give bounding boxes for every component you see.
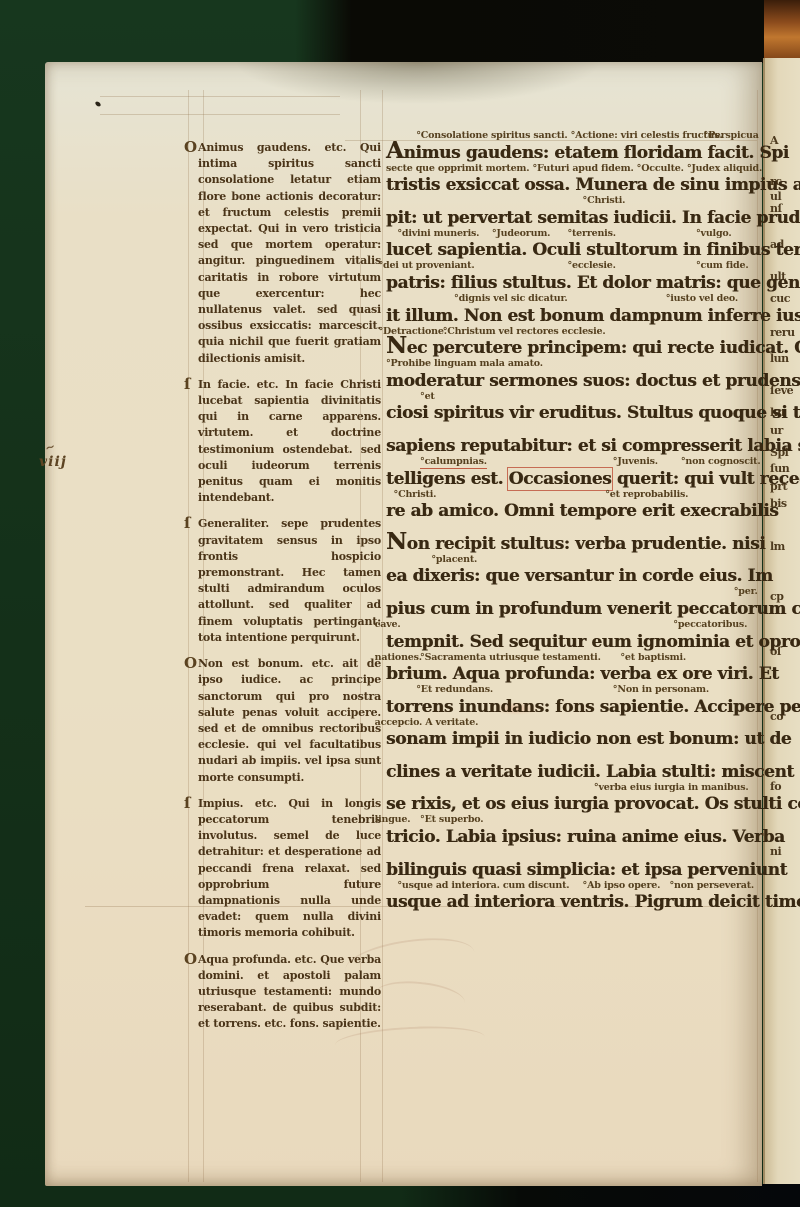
- interlinear-gloss: °placent.: [431, 554, 477, 565]
- main-text: Nec percutere principem: qui recte iudic…: [386, 337, 800, 358]
- main-text: re ab amico. Omni tempore erit execrabil…: [386, 501, 778, 521]
- interlinear-gloss: °Ab ipso opere.: [583, 880, 661, 891]
- text-segment: usque ad interiora ventris. Pigrum deici…: [386, 892, 800, 912]
- main-text: tristis exsiccat ossa. Munera de sinu im…: [386, 175, 800, 195]
- text-line: °etciosi spiritus vir eruditus. Stultus …: [386, 391, 764, 424]
- main-text: ea dixeris: que versantur in corde eius.…: [386, 566, 773, 586]
- text-segment: brium. Aqua profunda: verba ex ore viri.…: [386, 664, 779, 684]
- text-segment: lucet sapientia. Oculi stultorum in fini…: [386, 240, 800, 260]
- edge-text-fragment: cuc: [770, 292, 790, 305]
- interlinear-gloss: °Prohibe linguam mala amato.: [386, 358, 543, 369]
- text-segment: bilinguis quasi simplicia: et ipsa perve…: [386, 860, 787, 880]
- commentary-text: Non est bonum. etc. ait de ipso iudice. …: [198, 657, 381, 783]
- text-line: bilinguis quasi simplicia: et ipsa perve…: [386, 847, 764, 880]
- text-line: °Detractione.°Christum vel rectores eccl…: [386, 326, 764, 359]
- main-text: telligens est. Occasiones querit: qui vu…: [386, 469, 800, 489]
- text-segment: torrens inundans: fons sapientie. Accipe…: [386, 697, 800, 717]
- text-line: °Christi.pit: ut pervertat semitas iudic…: [386, 195, 764, 228]
- text-line: °calumpnias.°Juvenis.°non cognoscit.tell…: [386, 456, 764, 489]
- main-text: bilinguis quasi simplicia: et ipsa perve…: [386, 860, 787, 880]
- text-line: °placent.ea dixeris: que versantur in co…: [386, 554, 764, 587]
- commentary-text: In facie. etc. In facie Christi lucebat …: [198, 378, 381, 504]
- text-line: °verba eius iurgia in manibus.se rixis, …: [386, 782, 764, 815]
- text-line: nationes.°Sacramenta utriusque testament…: [386, 652, 764, 685]
- text-line: °dei ut proveniant.°ecclesie.°cum fide.p…: [386, 260, 764, 293]
- top-shadow: [295, 0, 765, 63]
- main-text: se rixis, et os eius iurgia provocat. Os…: [386, 794, 800, 814]
- main-text: pius cum in profundum venerit peccatorum…: [386, 599, 800, 619]
- text-line: °Prohibe linguam mala amato.moderatur se…: [386, 358, 764, 391]
- text-segment: patris: filius stultus. Et dolor matris:…: [386, 273, 800, 293]
- commentary-text: Animus gaudens. etc. Qui intima spiritus…: [198, 141, 381, 365]
- text-segment: tempnit. Sed sequitur eum ignominia et o…: [386, 632, 800, 652]
- text-line: sapiens reputabitur: et si compresserit …: [386, 423, 764, 456]
- interlinear-gloss: °Christum vel rectores ecclesie.: [443, 326, 606, 337]
- main-text: sapiens reputabitur: et si compresserit …: [386, 436, 800, 456]
- bottom-shadow: [400, 1184, 800, 1207]
- interlinear-gloss: °Christi.: [394, 489, 437, 500]
- text-line: cave.°peccatoribus.tempnit. Sed sequitur…: [386, 619, 764, 652]
- text-line: secte que opprimit mortem. °Futuri apud …: [386, 163, 764, 196]
- parchment-page: viij OAnimus gaudens. etc. Qui intima sp…: [45, 62, 762, 1186]
- interlinear-gloss: °dignis vel sic dicatur.: [454, 293, 567, 304]
- text-segment: clines a veritate iudicii. Labia stulti:…: [386, 762, 794, 782]
- commentary-text: Aqua profunda. etc. Que verba domini. et…: [198, 953, 381, 1031]
- paraph-mark: O: [184, 655, 197, 671]
- main-text: tempnit. Sed sequitur eum ignominia et o…: [386, 632, 800, 652]
- commentary-block: ſGeneraliter. sepe prudentes gravitatem …: [198, 516, 381, 646]
- interlinear-gloss: cave.: [375, 619, 401, 630]
- text-segment: sapiens reputabitur: et si compresserit …: [386, 436, 800, 456]
- interlinear-gloss: °cum fide.: [696, 260, 749, 271]
- main-text: Animus gaudens: etatem floridam facit. S…: [386, 142, 789, 163]
- text-segment: ciosi spiritus vir eruditus. Stultus quo…: [386, 403, 800, 423]
- commentary-column: OAnimus gaudens. etc. Qui intima spiritu…: [198, 140, 381, 1043]
- interlinear-gloss: °divini muneris.: [397, 228, 479, 239]
- main-text: moderatur sermones suos: doctus et prude…: [386, 371, 800, 391]
- text-line: °Christi.°et reprobabilis.re ab amico. O…: [386, 489, 764, 522]
- interlinear-gloss: °verba eius iurgia in manibus.: [594, 782, 749, 793]
- interlinear-gloss: °et baptismi.: [620, 652, 686, 663]
- text-segment: tricio. Labia ipsius: ruina anime eius. …: [386, 827, 785, 847]
- interlinear-gloss: °calumpnias.: [420, 456, 487, 469]
- text-line: Non recipit stultus: verba prudentie. ni…: [386, 521, 764, 554]
- interlinear-gloss: nationes.: [375, 652, 422, 663]
- main-text: brium. Aqua profunda: verba ex ore viri.…: [386, 664, 779, 684]
- interlinear-gloss: °Et redundans.: [416, 684, 493, 695]
- commentary-block: OAqua profunda. etc. Que verba domini. e…: [198, 952, 381, 1033]
- edge-text-fragment: lm: [770, 540, 785, 553]
- text-segment: on recipit stultus: verba prudentie. nis…: [407, 534, 766, 554]
- main-text: clines a veritate iudicii. Labia stulti:…: [386, 762, 794, 782]
- interlinear-gloss: °Perspicua: [704, 130, 759, 141]
- interlinear-gloss: °Judeorum.: [492, 228, 550, 239]
- interlinear-gloss: °Christi.: [583, 195, 626, 206]
- text-segment: sonam impii in iudicio non est bonum: ut…: [386, 729, 791, 749]
- interlinear-gloss: °peccatoribus.: [673, 619, 747, 630]
- text-segment: se rixis, et os eius iurgia provocat. Os…: [386, 794, 800, 814]
- interlinear-gloss: °Consolatione spiritus sancti. °Actione:…: [416, 130, 722, 141]
- commentary-block: OAnimus gaudens. etc. Qui intima spiritu…: [198, 140, 381, 367]
- main-text: Non recipit stultus: verba prudentie. ni…: [386, 533, 765, 554]
- interlinear-gloss: °Juvenis.: [613, 456, 658, 467]
- text-segment: ea dixeris: que versantur in corde eius.…: [386, 566, 773, 586]
- interlinear-gloss: °et reprobabilis.: [605, 489, 688, 500]
- interlinear-gloss: °et: [420, 391, 435, 402]
- main-text: it illum. Non est bonum dampnum inferre …: [386, 306, 800, 326]
- interlinear-gloss: °Et superbo.: [420, 814, 483, 825]
- main-text: sonam impii in iudicio non est bonum: ut…: [386, 729, 791, 749]
- ink-speck: [94, 101, 101, 108]
- interlinear-gloss: °Sacramenta utriusque testamenti.: [420, 652, 601, 663]
- text-line: °dignis vel sic dicatur.°iusto vel deo.i…: [386, 293, 764, 326]
- paraph-mark: ſ: [184, 376, 190, 392]
- text-line: °divini muneris.°Judeorum.°terrenis.°vul…: [386, 228, 764, 261]
- text-segment: pius cum in profundum venerit peccatorum…: [386, 599, 800, 619]
- commentary-block: ONon est bonum. etc. ait de ipso iudice.…: [198, 656, 381, 786]
- main-text: ciosi spiritus vir eruditus. Stultus quo…: [386, 403, 800, 423]
- rubricated-word: Occasiones: [509, 469, 612, 489]
- paraph-mark: O: [184, 139, 197, 155]
- text-segment: moderatur sermones suos: doctus et prude…: [386, 371, 800, 391]
- interlinear-gloss: °ecclesie.: [567, 260, 615, 271]
- interlinear-gloss: °non perseverat.: [670, 880, 755, 891]
- commentary-text: Generaliter. sepe prudentes gravitatem s…: [198, 517, 381, 643]
- interlinear-gloss: lingue.: [375, 814, 411, 825]
- text-line: °Consolatione spiritus sancti. °Actione:…: [386, 130, 764, 163]
- interlinear-gloss: °Non in personam.: [613, 684, 709, 695]
- ruling-line-horizontal: [100, 114, 340, 115]
- main-text: tricio. Labia ipsius: ruina anime eius. …: [386, 827, 785, 847]
- paraph-mark: ſ: [184, 795, 190, 811]
- commentary-block: ſImpius. etc. Qui in longis peccatorum t…: [198, 796, 381, 942]
- interlinear-gloss: °terrenis.: [567, 228, 615, 239]
- quire-mark: viij: [39, 454, 67, 470]
- text-line: accepcio. A veritate.sonam impii in iudi…: [386, 717, 764, 750]
- main-text: patris: filius stultus. Et dolor matris:…: [386, 273, 800, 293]
- interlinear-gloss: °dei ut proveniant.: [378, 260, 474, 271]
- text-segment: ec percutere principem: qui recte iudica…: [407, 338, 800, 358]
- ruling-line-vertical: [188, 90, 189, 1182]
- interlinear-gloss: °per.: [734, 586, 758, 597]
- ruling-line-vertical: [382, 90, 383, 1182]
- edge-text-fragment: fo: [770, 780, 781, 793]
- main-text: torrens inundans: fons sapientie. Accipe…: [386, 697, 800, 717]
- initial-letter: N: [386, 528, 407, 555]
- interlinear-gloss: °iusto vel deo.: [666, 293, 738, 304]
- ruling-line-horizontal: [100, 96, 340, 97]
- interlinear-gloss: °non cognoscit.: [681, 456, 761, 467]
- main-text: usque ad interiora ventris. Pigrum deici…: [386, 892, 800, 912]
- text-segment: telligens est.: [386, 469, 509, 489]
- commentary-block: ſIn facie. etc. In facie Christi lucebat…: [198, 377, 381, 507]
- text-segment: it illum. Non est bonum dampnum inferre …: [386, 306, 800, 326]
- text-segment: nimus gaudens: etatem floridam facit. Sp…: [403, 143, 788, 163]
- commentary-text: Impius. etc. Qui in longis peccatorum te…: [198, 797, 381, 940]
- book-spine-leather: [764, 0, 800, 62]
- interlinear-gloss: secte que opprimit mortem. °Futuri apud …: [386, 163, 762, 174]
- text-segment: re ab amico. Omni tempore erit execrabil…: [386, 501, 778, 521]
- paraph-mark: ſ: [184, 515, 190, 531]
- initial-letter: N: [386, 332, 407, 359]
- main-text: lucet sapientia. Oculi stultorum in fini…: [386, 240, 800, 260]
- manuscript-photograph: ArculnſadultcucrerulunſevekuurSpiſunprtb…: [0, 0, 800, 1207]
- paraph-mark: O: [184, 951, 197, 967]
- text-line: lingue.°Et superbo.tricio. Labia ipsius:…: [386, 814, 764, 847]
- interlinear-gloss: °vulgo.: [696, 228, 732, 239]
- interlinear-gloss: accepcio. A veritate.: [375, 717, 479, 728]
- show-through-mark: [374, 977, 467, 1018]
- interlinear-gloss: °usque ad interiora. cum discunt.: [397, 880, 569, 891]
- text-segment: querit: qui vult recede: [611, 469, 800, 489]
- text-line: clines a veritate iudicii. Labia stulti:…: [386, 749, 764, 782]
- main-text: pit: ut pervertat semitas iudicii. In fa…: [386, 208, 800, 228]
- text-segment: tristis exsiccat ossa. Munera de sinu im…: [386, 175, 800, 195]
- text-line: °Et redundans.°Non in personam.torrens i…: [386, 684, 764, 717]
- text-line: °usque ad interiora. cum discunt.°Ab ips…: [386, 880, 764, 913]
- initial-letter: A: [386, 137, 403, 164]
- text-segment: pit: ut pervertat semitas iudicii. In fa…: [386, 208, 800, 228]
- text-line: °per.pius cum in profundum venerit pecca…: [386, 586, 764, 619]
- main-text-column: °Consolatione spiritus sancti. °Actione:…: [386, 130, 764, 912]
